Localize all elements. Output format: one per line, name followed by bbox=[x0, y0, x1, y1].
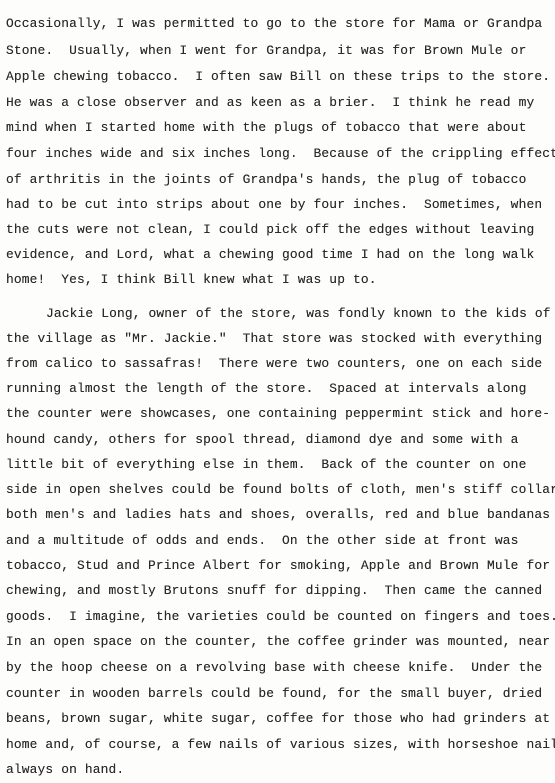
text-line: mind when I started home with the plugs … bbox=[6, 120, 526, 136]
typewritten-page: Occasionally, I was permitted to go to t… bbox=[0, 0, 555, 783]
text-line: four inches wide and six inches long. Be… bbox=[6, 146, 555, 162]
text-line: home! Yes, I think Bill knew what I was … bbox=[6, 272, 377, 288]
text-line: always on hand. bbox=[6, 762, 124, 778]
text-line: home and, of course, a few nails of vari… bbox=[6, 737, 555, 753]
text-line: had to be cut into strips about one by f… bbox=[6, 197, 542, 213]
text-line: from calico to sassafras! There were two… bbox=[6, 356, 542, 372]
text-line: running almost the length of the store. … bbox=[6, 381, 526, 397]
text-line: of arthritis in the joints of Grandpa's … bbox=[6, 172, 526, 188]
text-line: Occasionally, I was permitted to go to t… bbox=[6, 16, 542, 32]
text-line: chewing, and mostly Brutons snuff for di… bbox=[6, 583, 542, 599]
text-line: evidence, and Lord, what a chewing good … bbox=[6, 247, 534, 263]
text-line: In an open space on the counter, the cof… bbox=[6, 634, 550, 650]
text-line: the cuts were not clean, I could pick of… bbox=[6, 222, 534, 238]
text-line: both men's and ladies hats and shoes, ov… bbox=[6, 507, 550, 523]
text-line: the counter were showcases, one containi… bbox=[6, 406, 550, 422]
text-line: Stone. Usually, when I went for Grandpa,… bbox=[6, 43, 526, 59]
text-line: little bit of everything else in them. B… bbox=[6, 457, 526, 473]
text-line: tobacco, Stud and Prince Albert for smok… bbox=[6, 558, 550, 574]
text-line: counter in wooden barrels could be found… bbox=[6, 686, 542, 702]
text-line: side in open shelves could be found bolt… bbox=[6, 482, 555, 498]
text-line: He was a close observer and as keen as a… bbox=[6, 95, 534, 111]
text-line: by the hoop cheese on a revolving base w… bbox=[6, 660, 542, 676]
text-line: and a multitude of odds and ends. On the… bbox=[6, 533, 519, 549]
text-line: goods. I imagine, the varieties could be… bbox=[6, 609, 555, 625]
text-line: beans, brown sugar, white sugar, coffee … bbox=[6, 711, 550, 727]
text-line: Jackie Long, owner of the store, was fon… bbox=[46, 306, 551, 322]
text-line: the village as "Mr. Jackie." That store … bbox=[6, 331, 542, 347]
text-line: hound candy, others for spool thread, di… bbox=[6, 432, 519, 448]
text-line: Apple chewing tobacco. I often saw Bill … bbox=[6, 69, 550, 85]
